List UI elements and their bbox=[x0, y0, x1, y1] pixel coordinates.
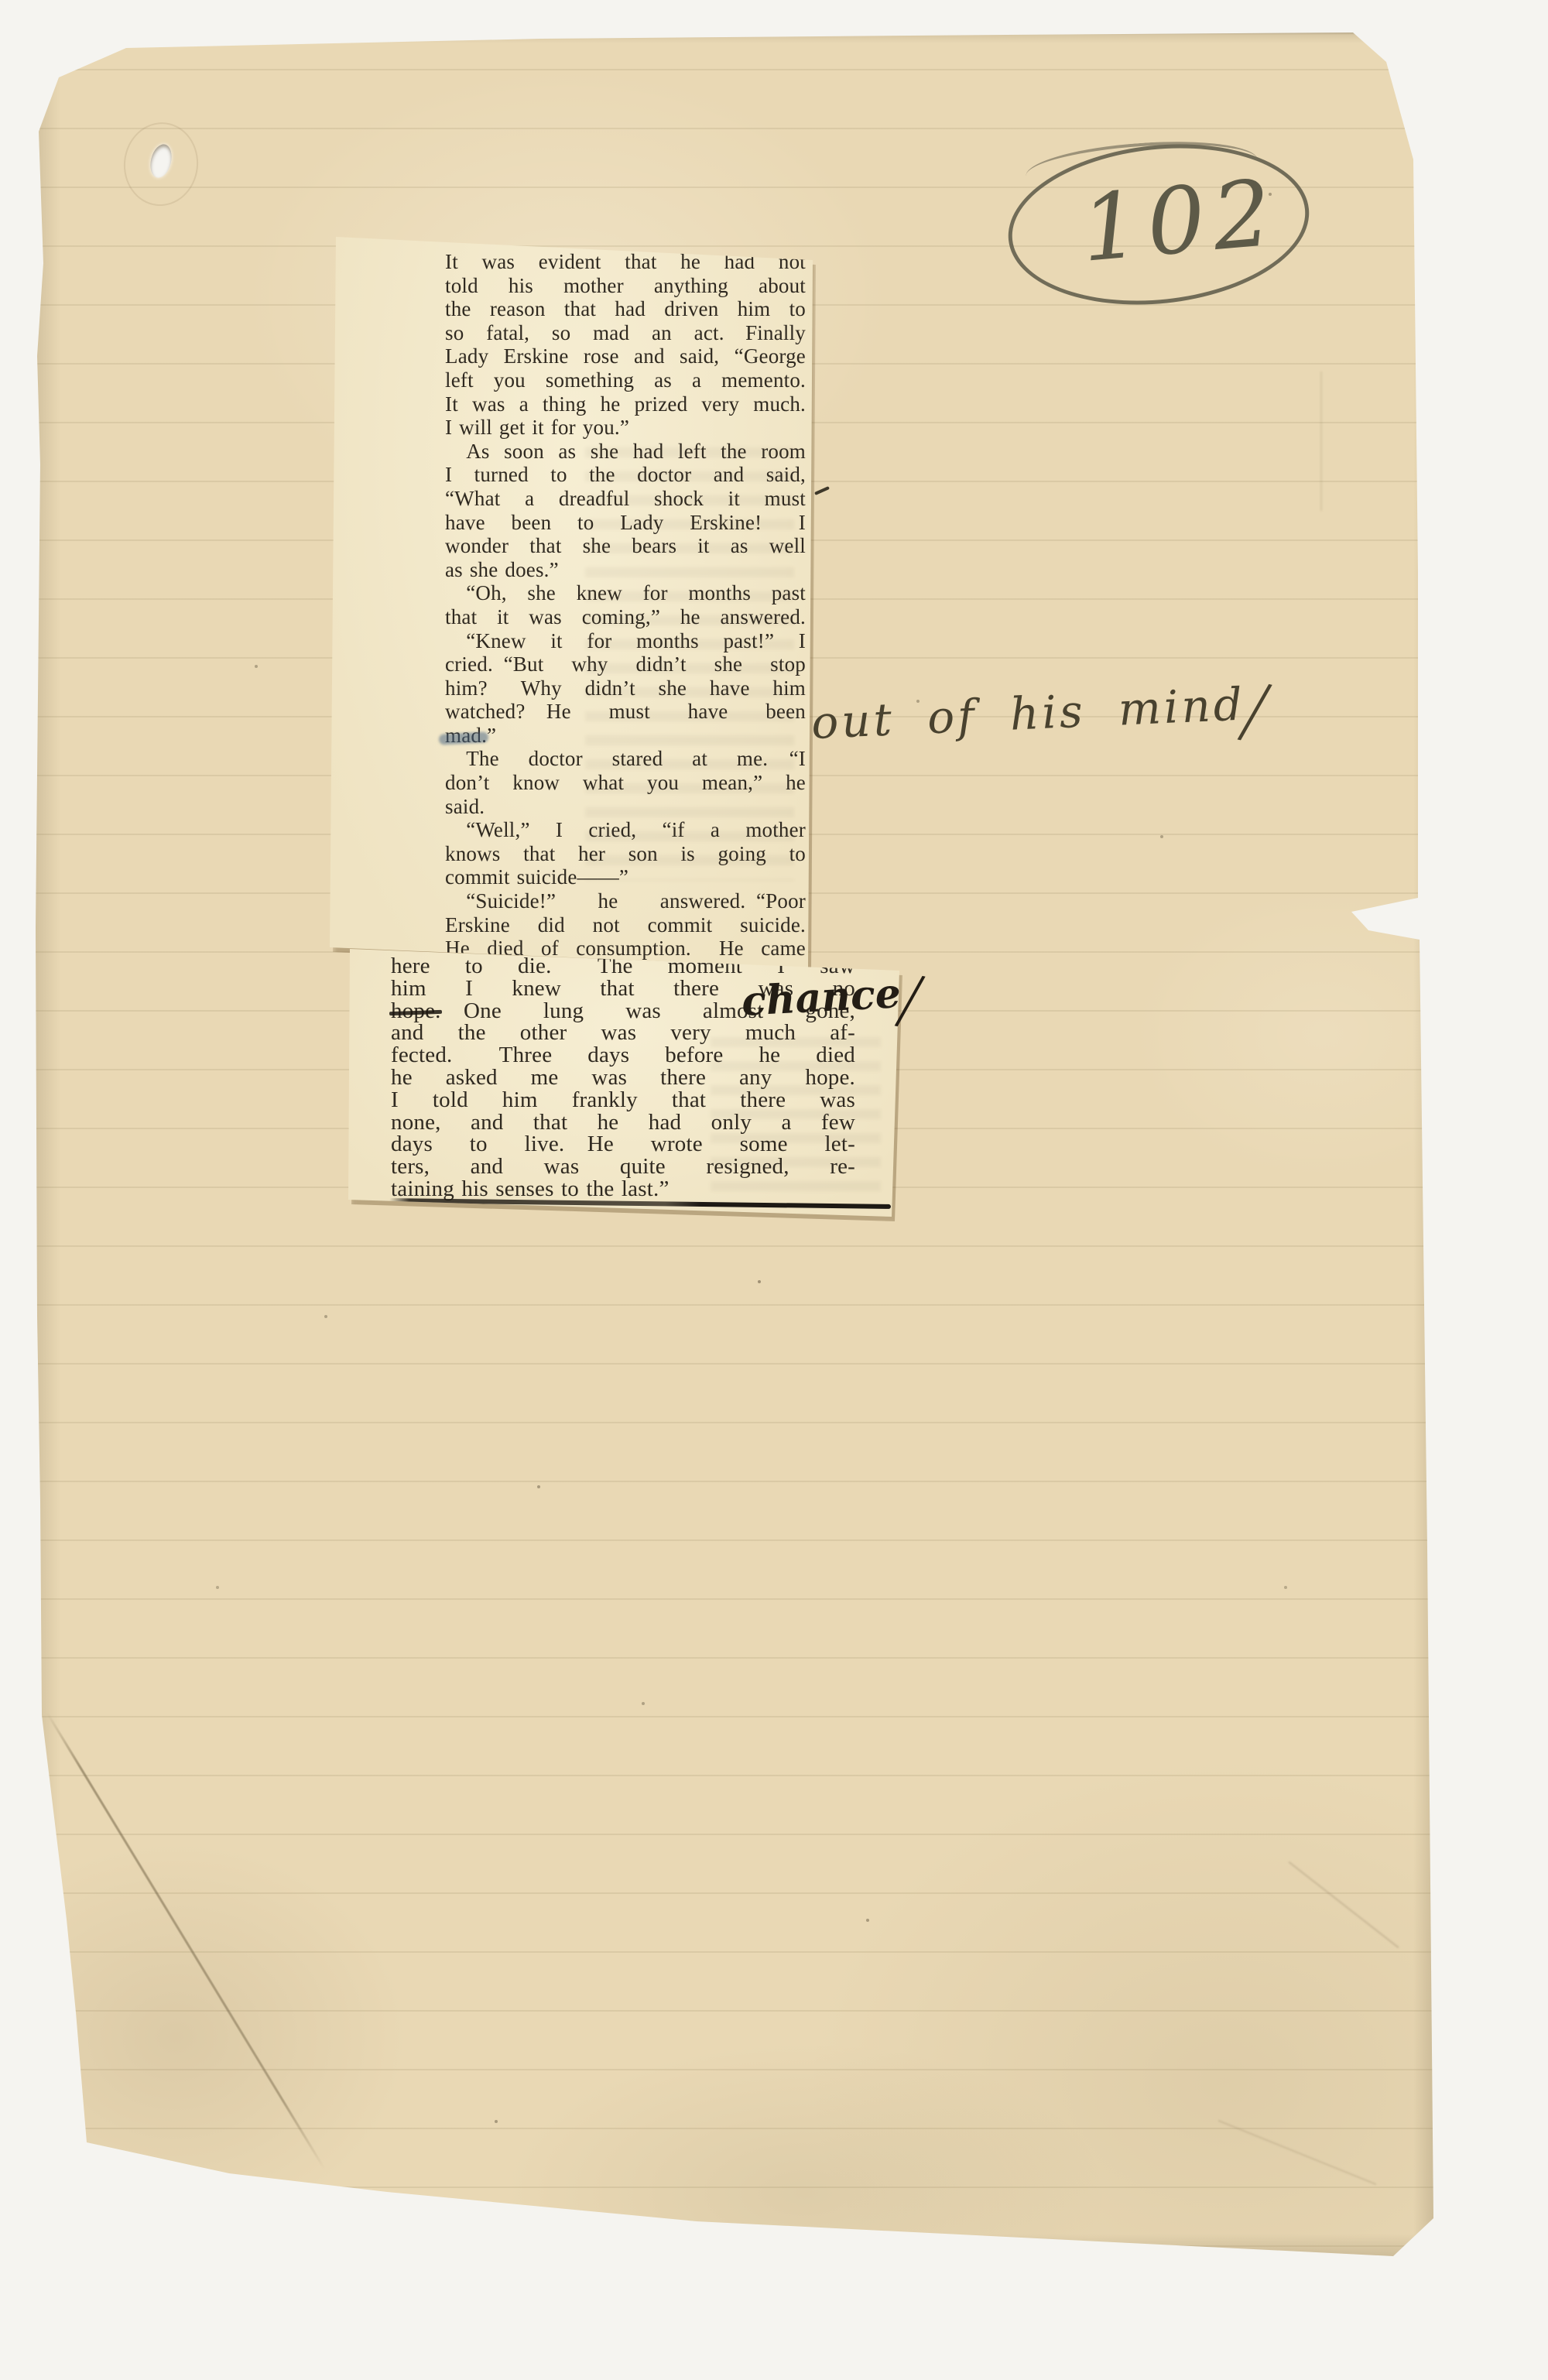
pasted-clipping-1: It was evident that he had nottold his m… bbox=[330, 231, 813, 967]
print-line: said. bbox=[445, 795, 806, 819]
struck-word: hope. bbox=[391, 998, 441, 1023]
print-line: days to live. He wrote some let- bbox=[391, 1133, 855, 1156]
print-line: The doctor stared at me. “I bbox=[445, 747, 806, 771]
print-line: “Well,” I cried, “if a mother bbox=[445, 818, 806, 842]
print-line: so fatal, so mad an act. Finally bbox=[445, 321, 806, 345]
handwritten-note-chance: chance/ bbox=[741, 969, 916, 1026]
print-line: wonder that she bears it as well bbox=[445, 534, 806, 558]
print-line: the reason that had driven him to bbox=[445, 297, 806, 321]
print-line: I will get it for you.” bbox=[445, 416, 806, 440]
paper-wrinkle bbox=[1218, 2120, 1377, 2185]
margin-dash-mark bbox=[814, 486, 830, 495]
print-line: “Knew it for months past!” I bbox=[445, 629, 806, 653]
handwritten-note-out-of-his-mind: out of his mind/ bbox=[810, 675, 1307, 749]
clipping-1-text: It was evident that he had nottold his m… bbox=[445, 250, 806, 961]
print-line: Erskine did not commit suicide. bbox=[445, 913, 806, 937]
print-line: none, and that he had only a few bbox=[391, 1111, 855, 1134]
paper-specks bbox=[36, 31, 37, 33]
print-line: left you something as a memento. bbox=[445, 368, 806, 392]
print-line: knows that her son is going to bbox=[445, 842, 806, 866]
page-number: 102 bbox=[1077, 159, 1283, 283]
print-line: and the other was very much af- bbox=[391, 1022, 855, 1044]
print-line: As soon as she had left the room bbox=[445, 440, 806, 464]
print-line: have been to Lady Erskine! I bbox=[445, 511, 806, 535]
print-line: It was a thing he prized very much. bbox=[445, 392, 806, 416]
print-line: I told him frankly that there was bbox=[391, 1089, 855, 1111]
print-line: fected. Three days before he died bbox=[391, 1044, 855, 1067]
print-line: don’t know what you mean,” he bbox=[445, 771, 806, 795]
scanned-page-canvas: 102 It was evident that he had nottold h… bbox=[0, 0, 1548, 2380]
print-line: “What a dreadful shock it must bbox=[445, 487, 806, 511]
print-line: I turned to the doctor and said, bbox=[445, 463, 806, 487]
print-line: cried. “But why didn’t she stop bbox=[445, 652, 806, 676]
punch-hole bbox=[147, 142, 175, 180]
note-text: chance bbox=[741, 970, 902, 1026]
print-line: told his mother anything about bbox=[445, 274, 806, 298]
print-line: taining his senses to the last.” bbox=[391, 1178, 855, 1200]
print-line: watched? He must have been bbox=[445, 700, 806, 724]
paper-wrinkle bbox=[1320, 372, 1322, 511]
print-line: mad.” bbox=[445, 724, 806, 748]
print-line: ters, and was quite resigned, re- bbox=[391, 1156, 855, 1178]
page-number-annotation: 102 bbox=[1008, 146, 1310, 303]
manuscript-sheet: 102 It was evident that he had nottold h… bbox=[36, 31, 1435, 2260]
print-line: him? Why didn’t she have him bbox=[445, 676, 806, 700]
print-line: Lady Erskine rose and said, “George bbox=[445, 344, 806, 368]
print-line: that it was coming,” he answered. bbox=[445, 605, 806, 629]
print-line: commit suicide——” bbox=[445, 865, 806, 889]
print-line: It was evident that he had not bbox=[445, 250, 806, 274]
note-text: out of his mind bbox=[810, 678, 1246, 749]
print-line: he asked me was there any hope. bbox=[391, 1067, 855, 1089]
fold-crease bbox=[46, 1712, 325, 2169]
print-line: “Oh, she knew for months past bbox=[445, 581, 806, 605]
paper-wrinkle bbox=[1288, 1861, 1399, 1948]
print-line: as she does.” bbox=[445, 558, 806, 582]
print-line: “Suicide!” he answered. “Poor bbox=[445, 889, 806, 913]
struck-word: mad. bbox=[445, 724, 487, 747]
